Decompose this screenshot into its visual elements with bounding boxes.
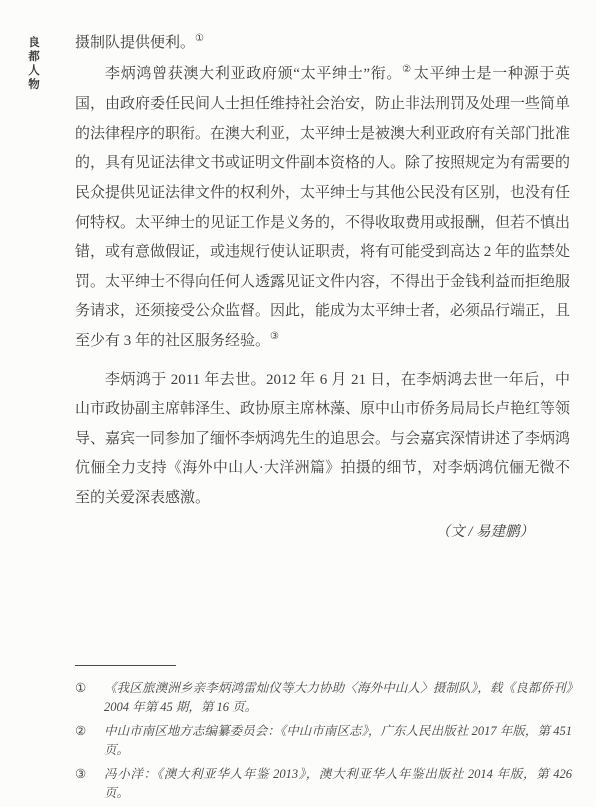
- footnote: ② 中山市南区地方志编纂委员会：《中山市南区志》，广东人民出版社 2017 年版…: [75, 722, 572, 760]
- footnote: ③ 冯小洋：《澳大利亚华人年鉴 2013》，澳大利亚华人年鉴出版社 2014 年…: [75, 765, 572, 803]
- footnote-text: 中山市南区地方志编纂委员会：《中山市南区志》，广东人民出版社 2017 年版，第…: [104, 722, 572, 760]
- footnote-marker: ②: [75, 722, 104, 760]
- footnote-marker: ③: [75, 765, 104, 803]
- footnotes-section: ① 《我区旅澳洲乡亲李炳鸿雷灿仪等大力协助〈海外中山人〉摄制队》，载《良都侨刊》…: [75, 653, 572, 807]
- author-attribution: （文 / 易建鹏）: [75, 518, 534, 548]
- footnote-ref: ①: [195, 33, 204, 44]
- footnote-marker: ①: [75, 679, 104, 717]
- body-paragraph: 李炳鸿曾获澳大利亚政府颁“太平绅士”衔。②太平绅士是一种源于英国，由政府委任民间…: [75, 60, 570, 358]
- body-paragraph: 摄制队提供便利。①: [75, 29, 570, 60]
- footnote-text: 冯小洋：《澳大利亚华人年鉴 2013》，澳大利亚华人年鉴出版社 2014 年版，…: [104, 765, 572, 803]
- article-body: 摄制队提供便利。① 李炳鸿曾获澳大利亚政府颁“太平绅士”衔。②太平绅士是一种源于…: [75, 29, 570, 547]
- footnote: ① 《我区旅澳洲乡亲李炳鸿雷灿仪等大力协助〈海外中山人〉摄制队》，载《良都侨刊》…: [75, 679, 572, 717]
- sidebar-vertical-label: 良都人物: [25, 36, 41, 92]
- document-page: 良都人物 摄制队提供便利。① 李炳鸿曾获澳大利亚政府颁“太平绅士”衔。②太平绅士…: [0, 0, 596, 807]
- footnote-divider: [75, 665, 176, 666]
- body-paragraph: 李炳鸿于 2011 年去世。2012 年 6 月 21 日，在李炳鸿去世一年后，…: [75, 366, 570, 514]
- footnote-ref: ②: [402, 64, 412, 75]
- footnote-text: 《我区旅澳洲乡亲李炳鸿雷灿仪等大力协助〈海外中山人〉摄制队》，载《良都侨刊》20…: [104, 679, 572, 717]
- footnote-ref: ③: [270, 331, 279, 342]
